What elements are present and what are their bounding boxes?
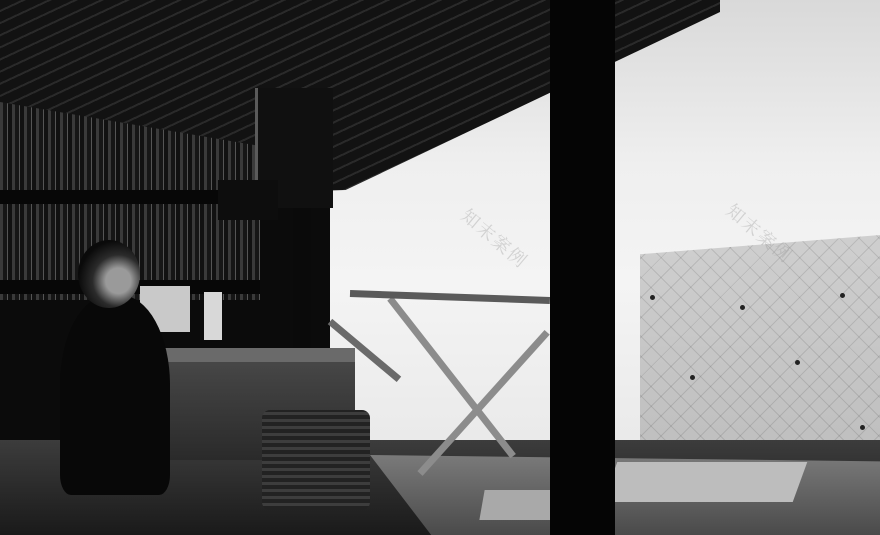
woven-basket bbox=[262, 410, 370, 510]
person-head bbox=[78, 240, 140, 308]
photograph: 知末案例 知末案例 bbox=[0, 0, 880, 535]
desk-top bbox=[145, 348, 355, 362]
lamp-fixture bbox=[218, 180, 278, 220]
wall-hole bbox=[650, 295, 655, 300]
concrete-wall-with-fence bbox=[640, 235, 880, 475]
wall-hole bbox=[840, 293, 845, 298]
paper-sheet bbox=[204, 292, 222, 340]
wall-hole bbox=[860, 425, 865, 430]
wall-hole bbox=[795, 360, 800, 365]
seated-person bbox=[60, 295, 170, 495]
floor-panel bbox=[603, 462, 808, 502]
wall-hole bbox=[690, 375, 695, 380]
structural-post bbox=[550, 0, 615, 535]
wall-hole bbox=[740, 305, 745, 310]
